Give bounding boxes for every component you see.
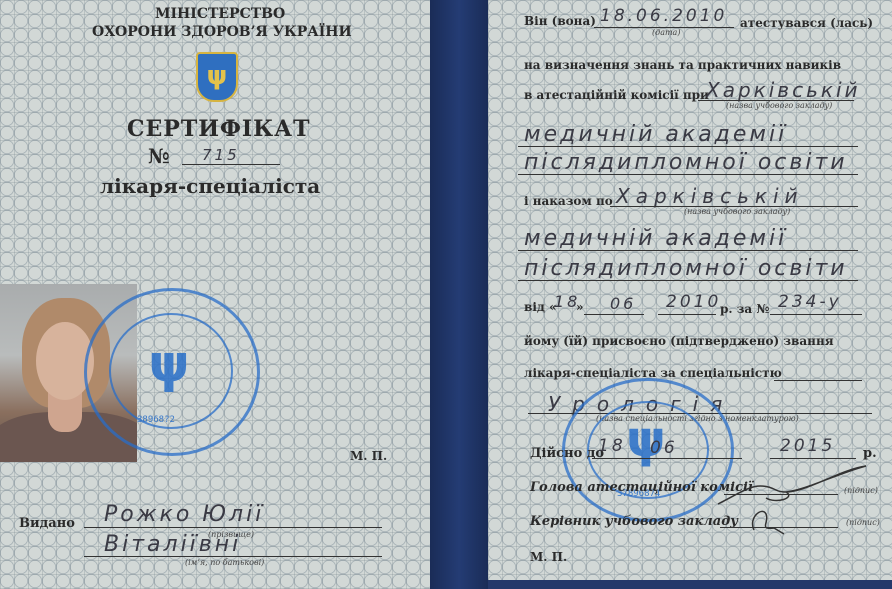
order-from-label: від « [524,300,557,314]
order-underline3 [518,280,858,281]
signature-icon-2 [744,500,794,536]
cover-edge [488,580,892,589]
order-year: 2010 [666,292,721,312]
attestation-date: 18.06.2010 [600,6,727,26]
order-institution-line3: післядипломної освіти [524,256,848,281]
order-institution-line2: медичній академії [524,226,787,251]
binding-spine [430,0,488,589]
date-caption: (дата) [652,28,680,37]
institution-caption: (назва учбового закладу) [726,101,832,110]
specialty-label-underline [774,380,862,381]
order-number-underline [770,314,862,315]
institution-line1: Харківській [706,78,861,102]
order-day-close: » [576,300,584,314]
certificate-right-page: ψ Він (вона) 18.06.2010 (дата) атестував… [488,0,892,580]
line3-prefix: в атестаційній комісії при [524,88,709,102]
institution-line3: післядипломної освіти [524,150,848,175]
certificate-number: 715 [202,146,240,164]
name-caption: (ім’я, по батькові) [185,558,264,567]
signature-icon [716,460,876,510]
certificate-subtitle: лікаря-спеціаліста [100,174,320,198]
number-label: № [148,144,170,168]
order-underline2 [518,250,858,251]
order-number-label: р. за № [720,302,769,316]
institution-underline2 [518,146,858,147]
order-number: 234-у [778,292,842,312]
order-prefix: і наказом по [524,194,613,208]
line1-suffix: атестувався (лась) [740,16,873,30]
order-month-underline [584,314,644,315]
surname-value: Рожко Юлії [104,502,264,527]
valid-suffix: р. [863,446,877,461]
order-institution-caption: (назва учбового закладу) [684,207,790,216]
trident-icon: ψ [196,52,238,102]
institution-line2: медичній академії [524,122,787,147]
signature-caption-2: (підпис) [846,518,880,527]
order-institution-line1: Харківській [616,184,804,208]
valid-day: 18 [598,436,626,456]
head-institution-label: Керівник учбового закладу [530,514,738,529]
assigned-text: йому (їй) присвоєно (підтверджено) званн… [524,334,834,348]
institution-underline3 [518,174,858,175]
line2-text: на визначення знань та практичних навикі… [524,58,841,72]
valid-year: 2015 [780,436,835,456]
valid-year-underline [770,458,856,459]
certificate-title: СЕРТИФІКАТ [127,116,310,142]
certificate-left-page: МІНІСТЕРСТВО ОХОРОНИ ЗДОРОВ’Я УКРАЇНИ ψ … [0,0,430,589]
seal-label: М. П. [350,449,387,463]
seal-label: М. П. [530,550,567,564]
ministry-line1: МІНІСТЕРСТВО [155,6,285,22]
surname-underline [84,527,382,528]
issued-label: Видано [19,516,75,531]
number-underline [182,164,280,165]
ministry-line2: ОХОРОНИ ЗДОРОВ’Я УКРАЇНИ [92,24,352,40]
valid-date-underline [592,458,742,459]
order-month: 06 [610,294,636,313]
order-year-underline [658,314,716,315]
round-stamp-icon: ψ 38968?2 [84,288,260,456]
name-value: Віталіївні [104,532,241,557]
valid-month: 06 [650,438,678,458]
line1-prefix: Він (вона) [524,14,596,28]
name-underline [84,556,382,557]
